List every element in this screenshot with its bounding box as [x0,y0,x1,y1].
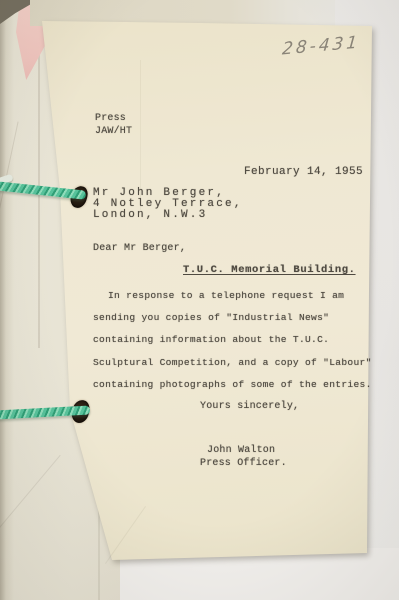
body-line: sending you copies of "Industrial News" [93,312,329,323]
recipient-city: London, N.W.3 [93,210,207,221]
date-line: February 14, 1955 [244,166,363,178]
reference-initials: JAW/HT [95,126,132,137]
salutation: Dear Mr Berger, [93,243,186,254]
body-line: containing information about the T.U.C. [93,334,329,345]
signature-name: John Walton [207,445,275,456]
scanned-letter-photo: Press JAW/HT February 14, 1955 Mr John B… [0,0,399,600]
body-line: In response to a telephone request I am [108,290,344,301]
subject-line: T.U.C. Memorial Building. [183,264,356,276]
body-line: Sculptural Competition, and a copy of "L… [93,357,372,368]
body-line: containing photographs of some of the en… [93,379,372,390]
reference-dept: Press [95,113,126,124]
signature-title: Press Officer. [200,458,287,469]
closing: Yours sincerely, [200,401,299,412]
